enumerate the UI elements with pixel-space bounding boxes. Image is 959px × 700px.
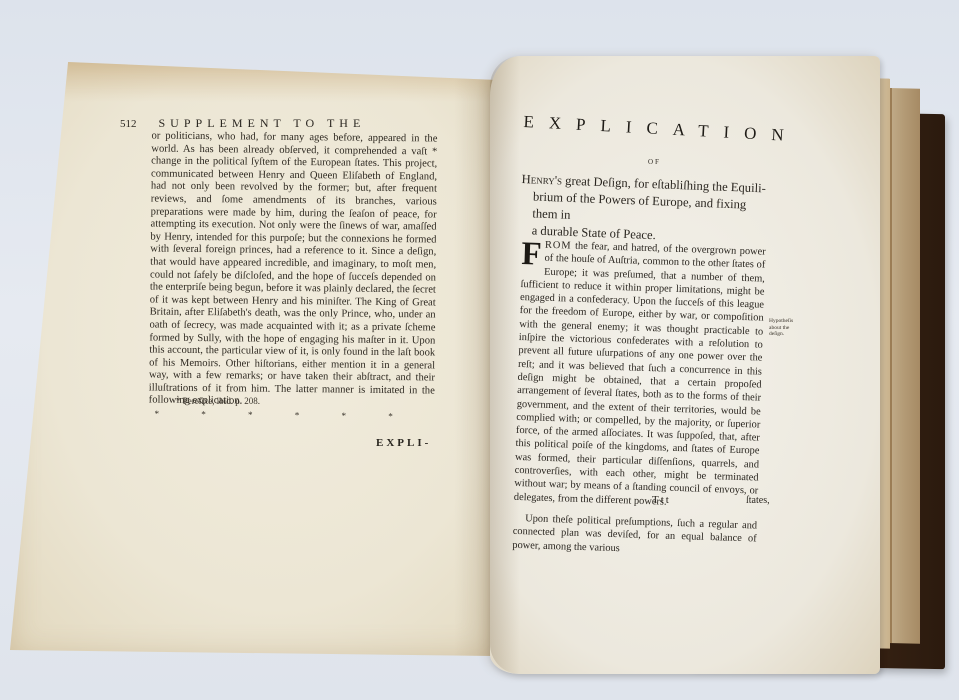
- paragraph-1-text: the fear, and hatred, of the overgrown p…: [514, 241, 766, 508]
- right-body-text: FROM the fear, and hatred, of the overgr…: [512, 238, 766, 559]
- signature-mark: Ttt: [652, 494, 671, 506]
- subtitle-lead: Henry's: [521, 172, 562, 188]
- right-catchword: ſtates,: [746, 495, 770, 506]
- book-photo: 512SUPPLEMENT TO THE or politicians, who…: [0, 0, 959, 700]
- drop-cap: F: [521, 240, 542, 269]
- left-running-head: 512SUPPLEMENT TO THE: [120, 116, 440, 131]
- left-catchword: EXPLI-: [376, 437, 431, 449]
- left-footnote: * Pereſixe, ibid. p. 208.: [176, 396, 260, 406]
- left-body-text: or politicians, who had, for many ages b…: [148, 131, 437, 425]
- running-head-title: SUPPLEMENT TO THE: [159, 116, 366, 130]
- ornament-stars: * * * * * *: [155, 409, 413, 422]
- right-paragraph-2: Upon theſe political preſumptions, ſuch …: [512, 512, 757, 560]
- chapter-subtitle: Henry's great Deſign, for eſtabliſhing t…: [519, 171, 773, 249]
- marginal-note: Hypotheſis about the deſign.: [769, 318, 805, 338]
- title-of: OF: [648, 158, 661, 166]
- left-paragraph: or politicians, who had, for many ages b…: [149, 131, 438, 411]
- right-paragraph-1: FROM the fear, and hatred, of the overgr…: [514, 238, 766, 511]
- drop-cap-rest: ROM: [545, 240, 572, 252]
- page-number: 512: [120, 118, 137, 130]
